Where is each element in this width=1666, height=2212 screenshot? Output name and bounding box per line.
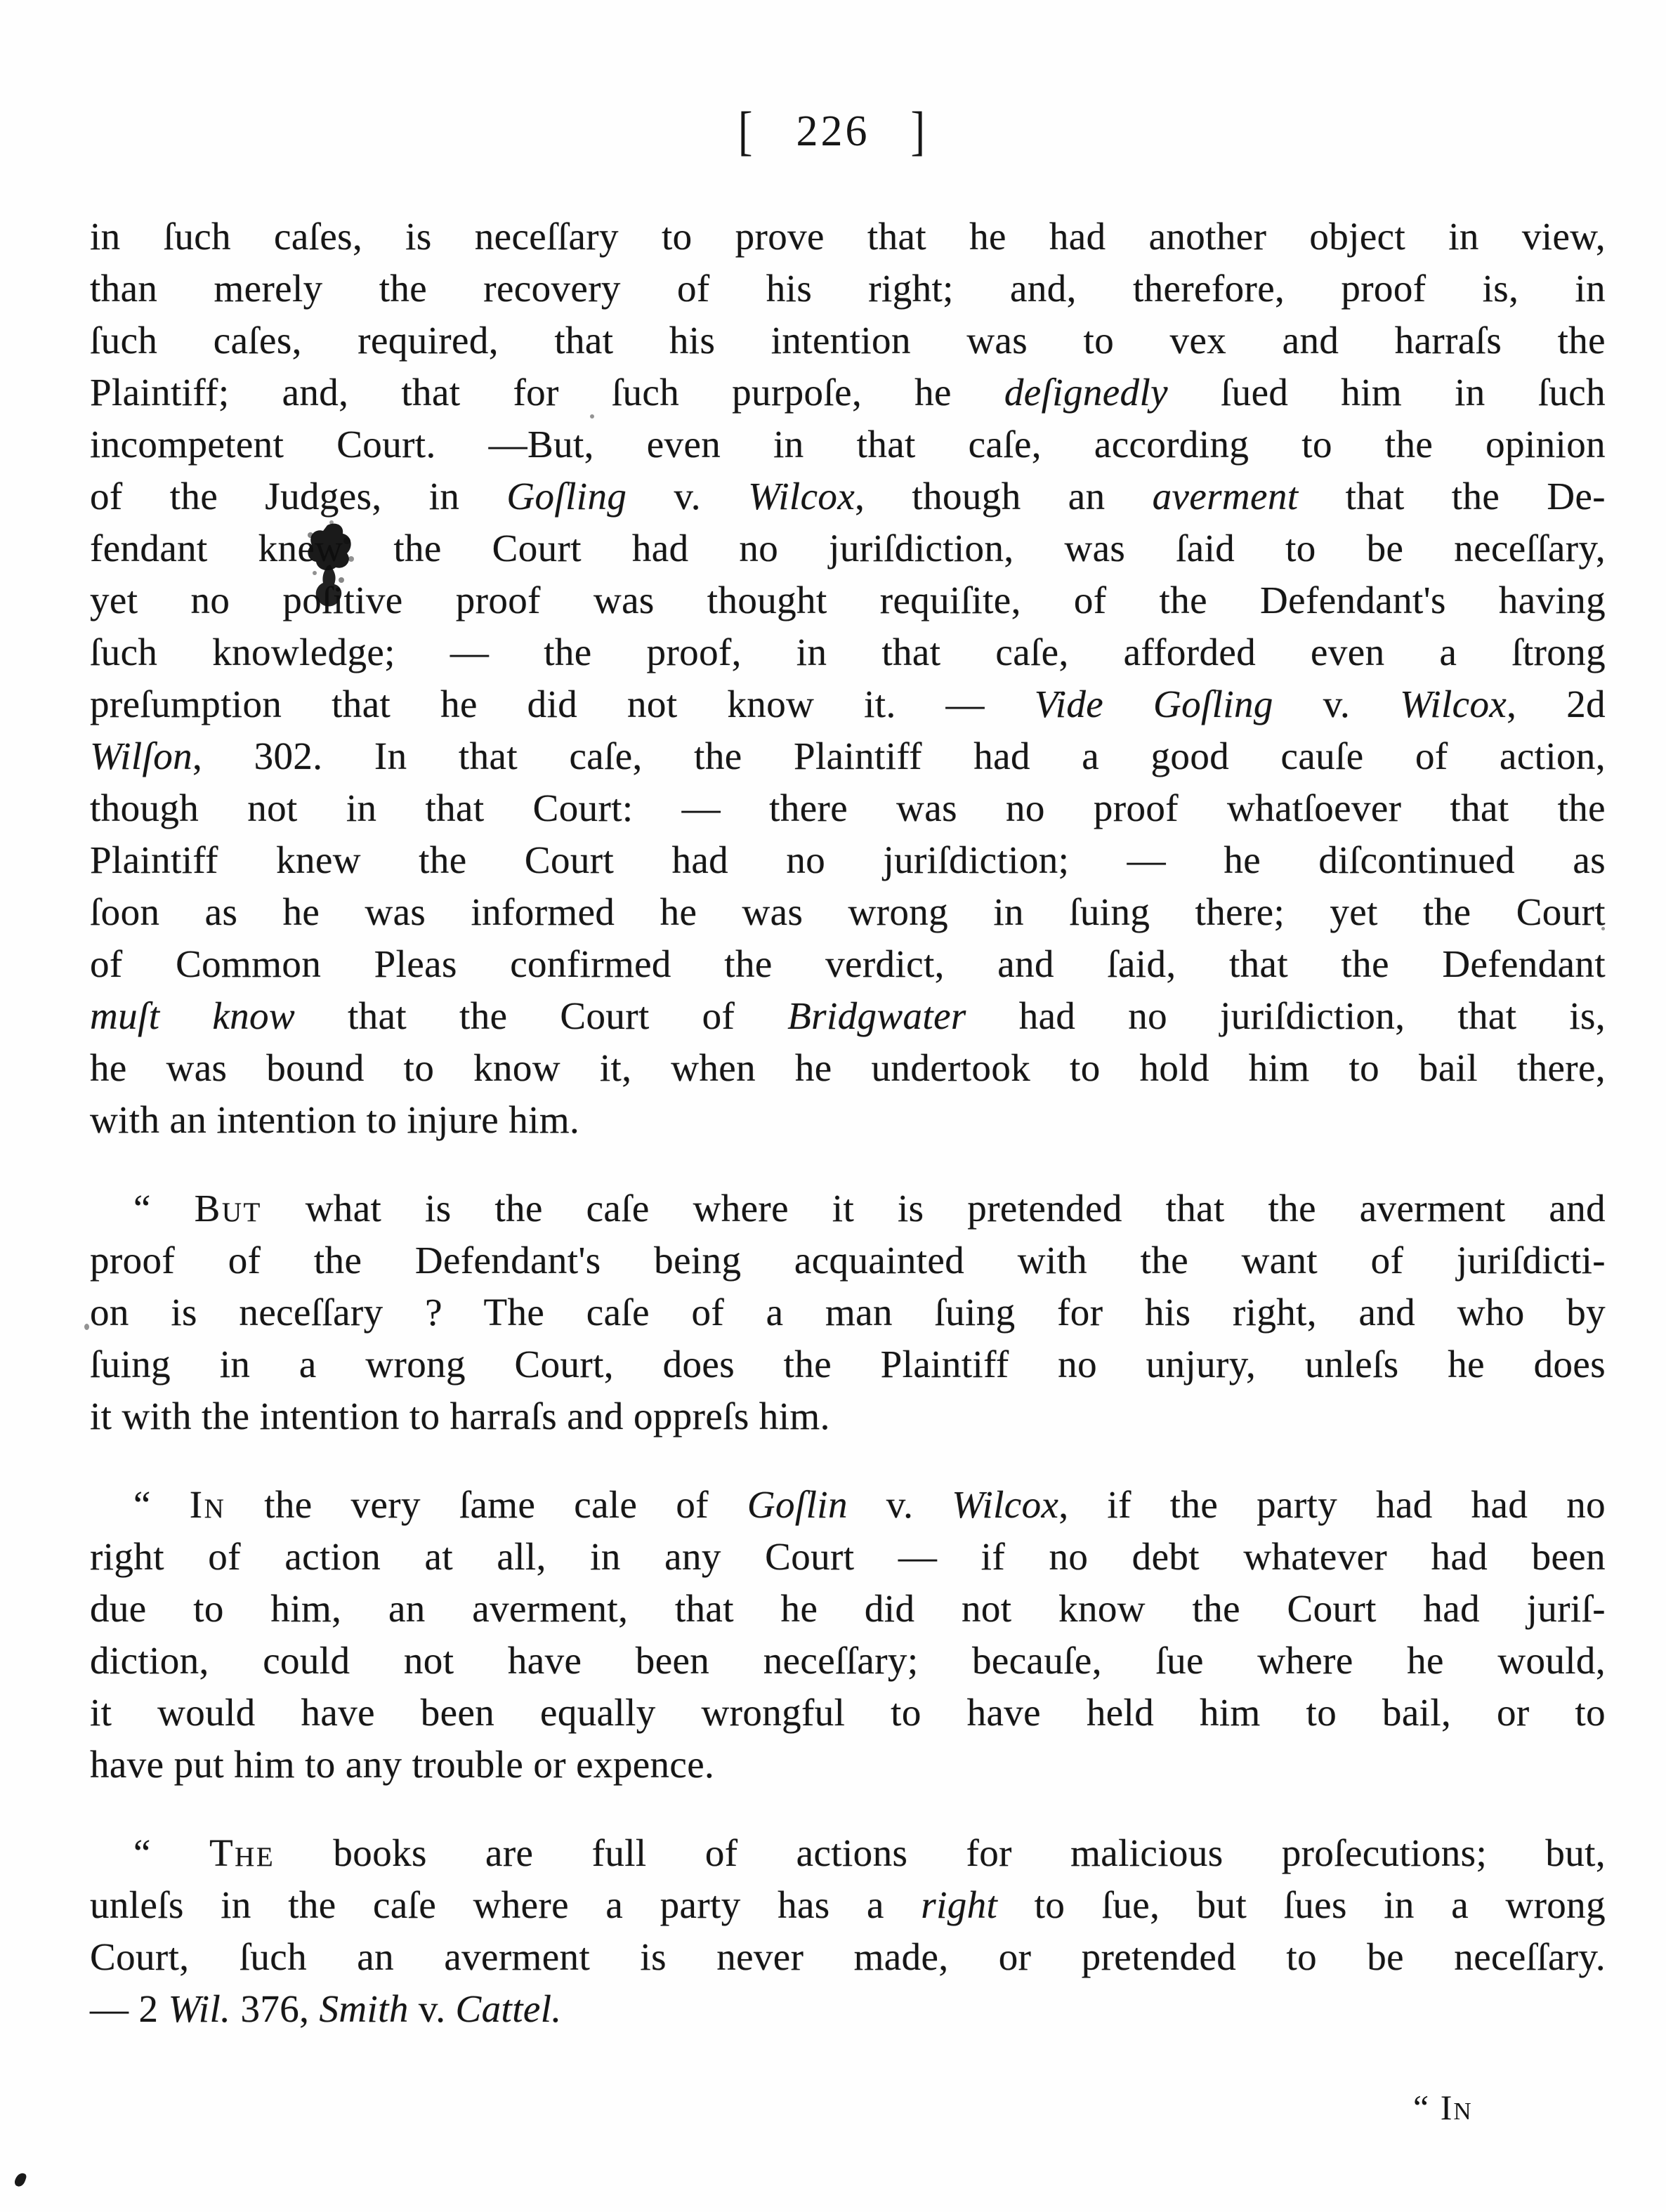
text-run: what is the caſe where it is pretended t… [262, 1187, 1606, 1230]
text-run: unleſs in the caſe where a party has a [90, 1883, 921, 1926]
text-line: than merely the recovery of his right; a… [90, 263, 1606, 315]
text-run: than merely the recovery of his right; a… [90, 267, 1606, 310]
text-run: he was bound to know it, when he underto… [90, 1046, 1606, 1089]
text-line: ſuch knowledge; — the proof, in that caſ… [90, 626, 1606, 678]
small-caps-text-run: In [190, 1483, 225, 1526]
italic-text-run: Cattel. [456, 1987, 562, 2030]
text-line: incompetent Court. —But, even in that ca… [90, 419, 1606, 470]
text-run: due to him, an averment, that he did not… [90, 1587, 1606, 1630]
text-line: “ But what is the caſe where it is prete… [90, 1183, 1606, 1235]
text-run: right of action at all, in any Court — i… [90, 1535, 1606, 1578]
text-run: incompetent Court. —But, even in that ca… [90, 423, 1606, 466]
text-run: had no juriſdiction, that is, [966, 994, 1606, 1037]
italic-text-run: right [921, 1883, 997, 1926]
italic-text-run: Wilcox [1400, 683, 1507, 725]
text-line: Plaintiff knew the Court had no juriſdic… [90, 834, 1606, 886]
text-run: v. [409, 1987, 456, 2030]
text-line: proof of the Defendant's being acquainte… [90, 1235, 1606, 1286]
text-run: preſumption that he did not know it. — [90, 683, 1035, 725]
paper-speck [1601, 927, 1605, 930]
italic-text-run: Goſling [506, 475, 627, 518]
book-page: [ 226 ] in ſuch caſes, is neceſſary to p… [0, 0, 1666, 2212]
text-run: — 2 [90, 1987, 169, 2030]
text-run: , if the party had had no [1058, 1483, 1606, 1526]
text-run: v. [627, 475, 748, 518]
text-run: with an intention to injure him. [90, 1098, 579, 1141]
text-run: diction, could not have been neceſſary; … [90, 1639, 1606, 1682]
text-run: Plaintiff knew the Court had no juriſdic… [90, 838, 1606, 881]
page-number: [ 226 ] [0, 107, 1666, 157]
text-line: it would have been equally wrongful to h… [90, 1687, 1606, 1739]
italic-text-run: Goſlin [747, 1483, 848, 1526]
italic-text-run: Wilcox [952, 1483, 1058, 1526]
paragraph: “ The books are full of actions for mali… [90, 1827, 1606, 2035]
small-caps-text-run: In [1441, 2088, 1473, 2127]
text-line: unleſs in the caſe where a party has a r… [90, 1879, 1606, 1931]
italic-text-run: Bridgwater [787, 994, 966, 1037]
italic-text-run: deſignedly [1004, 371, 1168, 414]
text-line: right of action at all, in any Court — i… [90, 1531, 1606, 1583]
text-run: yet no poſitive proof was thought requiſ… [90, 579, 1606, 621]
text-run: Court, ſuch an averment is never made, o… [90, 1935, 1606, 1978]
text-run: ſued him in ſuch [1168, 371, 1606, 414]
text-line: “ In the very ſame cale of Goſlin v. Wil… [90, 1479, 1606, 1531]
page-number-value: 226 [796, 107, 870, 157]
text-run: the very ſame cale of [225, 1483, 747, 1526]
text-line: muſt know that the Court of Bridgwater h… [90, 990, 1606, 1042]
left-bracket: [ [738, 100, 756, 163]
text-run: ſuing in a wrong Court, does the Plainti… [90, 1343, 1606, 1385]
paper-speck [590, 414, 594, 419]
text-run: ſoon as he was informed he was wrong in … [90, 890, 1606, 933]
text-run: have put him to any trouble or expence. [90, 1743, 714, 1786]
text-run: ſuch caſes, required, that his intention… [90, 319, 1606, 362]
text-run: , though an [855, 475, 1152, 518]
text-line: though not in that Court: — there was no… [90, 782, 1606, 834]
italic-text-run: Smith [319, 1987, 408, 2030]
text-run: that the De- [1298, 475, 1606, 518]
body-text: in ſuch caſes, is neceſſary to prove tha… [90, 211, 1606, 2035]
italic-text-run: Wilcox [748, 475, 855, 518]
text-run: “ [133, 1483, 190, 1526]
text-run: to ſue, but ſues in a wrong [997, 1883, 1606, 1926]
text-run: , 302. In that caſe, the Plaintiff had a… [192, 735, 1606, 777]
paragraph: in ſuch caſes, is neceſſary to prove tha… [90, 211, 1606, 1146]
text-line: fendant knew the Court had no juriſdicti… [90, 522, 1606, 574]
text-line: on is neceſſary ? The caſe of a man ſuin… [90, 1286, 1606, 1338]
corner-ink-artifact [13, 2171, 27, 2187]
text-run: “ [133, 1187, 195, 1230]
text-line: he was bound to know it, when he underto… [90, 1042, 1606, 1094]
italic-text-run: muſt know [90, 994, 295, 1037]
text-run: proof of the Defendant's being acquainte… [90, 1239, 1606, 1282]
text-run: in ſuch caſes, is neceſſary to prove tha… [90, 215, 1606, 258]
text-line: “ The books are full of actions for mali… [90, 1827, 1606, 1879]
paper-speck [84, 1324, 89, 1330]
text-line: in ſuch caſes, is neceſſary to prove tha… [90, 211, 1606, 263]
right-bracket: ] [911, 100, 929, 163]
text-run: fendant knew the Court had no juriſdicti… [90, 527, 1606, 570]
italic-text-run: averment [1153, 475, 1299, 518]
text-line: have put him to any trouble or expence. [90, 1739, 1606, 1791]
text-run: v. [848, 1483, 952, 1526]
text-run: that the Court of [295, 994, 787, 1037]
text-line: due to him, an averment, that he did not… [90, 1583, 1606, 1635]
text-line: preſumption that he did not know it. — V… [90, 678, 1606, 730]
text-line: of Common Pleas confirmed the verdict, a… [90, 938, 1606, 990]
text-line: ſuch caſes, required, that his intention… [90, 315, 1606, 367]
text-line: of the Judges, in Goſling v. Wilcox, tho… [90, 470, 1606, 522]
text-run: of Common Pleas confirmed the verdict, a… [90, 942, 1606, 985]
text-run: “ [1413, 2088, 1441, 2127]
text-line: with an intention to injure him. [90, 1094, 1606, 1146]
text-run: it would have been equally wrongful to h… [90, 1691, 1606, 1734]
paragraph: “ In the very ſame cale of Goſlin v. Wil… [90, 1479, 1606, 1791]
text-run: , 2d [1507, 683, 1606, 725]
text-line: ſoon as he was informed he was wrong in … [90, 886, 1606, 938]
text-run: of the Judges, in [90, 475, 506, 518]
text-line: — 2 Wil. 376, Smith v. Cattel. [90, 1983, 1606, 2035]
text-run: ſuch knowledge; — the proof, in that caſ… [90, 631, 1606, 673]
catchword: “ In [1413, 2087, 1473, 2128]
text-line: yet no poſitive proof was thought requiſ… [90, 574, 1606, 626]
text-run: books are full of actions for malicious … [275, 1831, 1606, 1874]
text-line: ſuing in a wrong Court, does the Plainti… [90, 1338, 1606, 1390]
italic-text-run: Wil. [169, 1987, 231, 2030]
text-run: on is neceſſary ? The caſe of a man ſuin… [90, 1291, 1606, 1334]
italic-text-run: Wilſon [90, 735, 192, 777]
text-line: Wilſon, 302. In that caſe, the Plaintiff… [90, 730, 1606, 782]
italic-text-run: Vide Goſling [1035, 683, 1273, 725]
text-run: “ [133, 1831, 209, 1874]
text-run: Plaintiff; and, that for ſuch purpoſe, h… [90, 371, 1004, 414]
paragraph: “ But what is the caſe where it is prete… [90, 1183, 1606, 1442]
text-run: v. [1273, 683, 1400, 725]
text-line: Court, ſuch an averment is never made, o… [90, 1931, 1606, 1983]
text-run: 376, [230, 1987, 319, 2030]
text-run: though not in that Court: — there was no… [90, 786, 1606, 829]
small-caps-text-run: But [195, 1187, 262, 1230]
text-line: it with the intention to harraſs and opp… [90, 1390, 1606, 1442]
text-line: Plaintiff; and, that for ſuch purpoſe, h… [90, 367, 1606, 419]
small-caps-text-run: The [209, 1831, 275, 1874]
text-line: diction, could not have been neceſſary; … [90, 1635, 1606, 1687]
text-run: it with the intention to harraſs and opp… [90, 1395, 830, 1437]
